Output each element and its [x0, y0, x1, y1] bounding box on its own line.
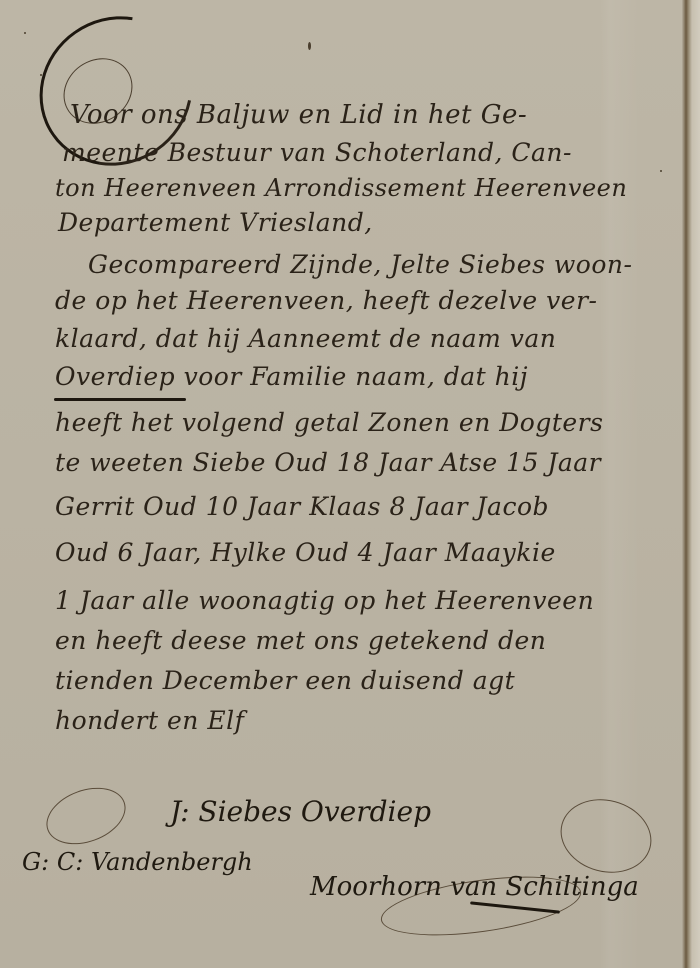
document-page: Voor ons Baljuw en Lid in het Ge- meente…	[0, 0, 700, 968]
signature-flourish	[552, 789, 660, 882]
paper-speck	[40, 74, 42, 76]
paper-speck	[24, 32, 26, 34]
ink-mark	[308, 42, 311, 50]
text-line-14: en heeft deese met ons getekend den	[55, 626, 546, 655]
text-line-2: meente Bestuur van Schoterland, Can-	[62, 138, 572, 167]
text-line-16: hondert en Elf	[55, 706, 244, 735]
text-line-15: tienden December een duisend agt	[55, 666, 515, 695]
text-line-9: heeft het volgend getal Zonen en Dogters	[55, 408, 603, 437]
name-underline	[54, 398, 186, 401]
text-line-13: 1 Jaar alle woonagtig op het Heerenveen	[55, 586, 594, 615]
text-line-1: Voor ons Baljuw en Lid in het Ge-	[70, 100, 527, 130]
book-spine	[682, 0, 700, 968]
text-line-6: de op het Heerenveen, heeft dezelve ver-	[55, 286, 597, 315]
text-line-8: Overdiep voor Familie naam, dat hij	[55, 362, 528, 391]
text-line-11: Gerrit Oud 10 Jaar Klaas 8 Jaar Jacob	[55, 492, 549, 521]
text-line-10: te weeten Siebe Oud 18 Jaar Atse 15 Jaar	[55, 448, 601, 477]
text-line-3: ton Heerenveen Arrondissement Heerenveen	[55, 174, 627, 202]
paper-speck	[660, 170, 662, 172]
text-line-5: Gecompareerd Zijnde, Jelte Siebes woon-	[88, 250, 632, 279]
signature-declarant: J: Siebes Overdiep	[170, 795, 431, 828]
signature-right-official: Moorhorn van Schiltinga	[310, 872, 639, 902]
signature-left-official: G: C: Vandenbergh	[22, 848, 253, 876]
text-line-7: klaard, dat hij Aanneemt de naam van	[55, 324, 556, 353]
text-line-12: Oud 6 Jaar, Hylke Oud 4 Jaar Maaykie	[55, 538, 556, 567]
signature-flourish	[39, 778, 134, 855]
text-line-4: Departement Vriesland,	[58, 208, 373, 237]
